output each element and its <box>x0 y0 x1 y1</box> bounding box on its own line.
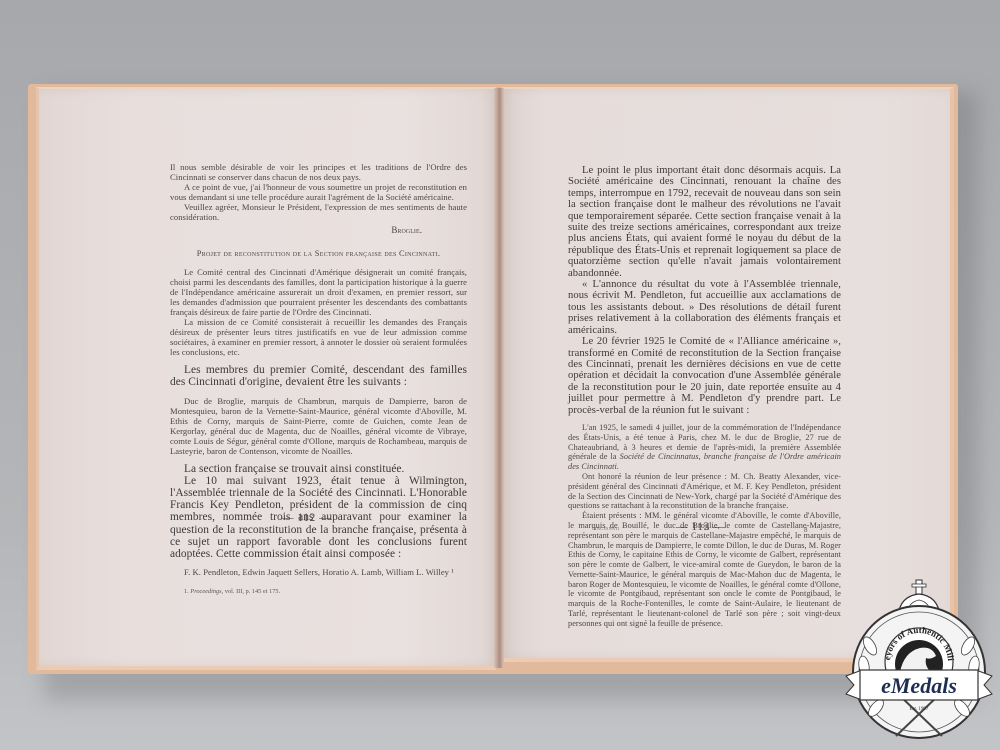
gathering-number: 8 <box>804 526 808 534</box>
paragraph: Les membres du premier Comité, descendan… <box>170 364 467 388</box>
brand-e: e <box>881 673 891 698</box>
page-number-left: — 112 — <box>282 512 331 524</box>
members-list: Duc de Broglie, marquis de Chambrun, mar… <box>170 396 467 456</box>
emedals-badge-icon: Purveyors of Authentic Militaria eMedals… <box>840 576 1000 748</box>
paragraph: « L'annonce du résultat du vote à l'Asse… <box>568 279 841 336</box>
signature: Broglie. <box>170 225 467 236</box>
footnote: 1. Proceedings, vol. III, p. 145 et 175. <box>170 587 467 598</box>
minutes-paragraph: Ont honoré la réunion de leur présence :… <box>568 472 841 511</box>
brand-name: Medals <box>890 673 957 698</box>
paragraph: Le 20 février 1925 le Comité de « l'Alli… <box>568 336 841 416</box>
book-gutter <box>494 88 504 668</box>
paragraph: La mission de ce Comité consisterait à r… <box>170 317 467 357</box>
section-title: Projet de reconstitution de la Section f… <box>170 249 467 260</box>
paragraph: A ce point de vue, j'ai l'honneur de vou… <box>170 182 467 202</box>
printer-signature-mark: cincinnati <box>592 526 620 532</box>
paragraph: Le point le plus important était donc dé… <box>568 165 841 279</box>
left-page-text: Il nous semble désirable de voir les pri… <box>170 162 467 598</box>
minutes-paragraph: L'an 1925, le samedi 4 juillet, jour de … <box>568 423 841 472</box>
paragraph: Le Comité central des Cincinnati d'Améri… <box>170 267 467 317</box>
paragraph: Il nous semble désirable de voir les pri… <box>170 162 467 182</box>
paragraph: La section française se trouvait ainsi c… <box>170 463 467 475</box>
footnote-ref: vol. III, p. 145 et 175. <box>223 588 280 595</box>
commission-list: F. K. Pendleton, Edwin Jaquett Sellers, … <box>170 567 467 577</box>
right-page-text: Le point le plus important était donc dé… <box>568 165 841 629</box>
footnote-number: 1. <box>184 588 189 595</box>
paragraph: Veuillez agréer, Monsieur le Président, … <box>170 202 467 222</box>
page-number-right: — 113 — <box>676 521 725 533</box>
svg-text:eMedals: eMedals <box>881 673 957 698</box>
established-year: Est. 1997 <box>910 707 929 712</box>
footnote-title: Proceedings, <box>190 588 223 595</box>
emedals-watermark-logo: Purveyors of Authentic Militaria eMedals… <box>840 576 1000 748</box>
